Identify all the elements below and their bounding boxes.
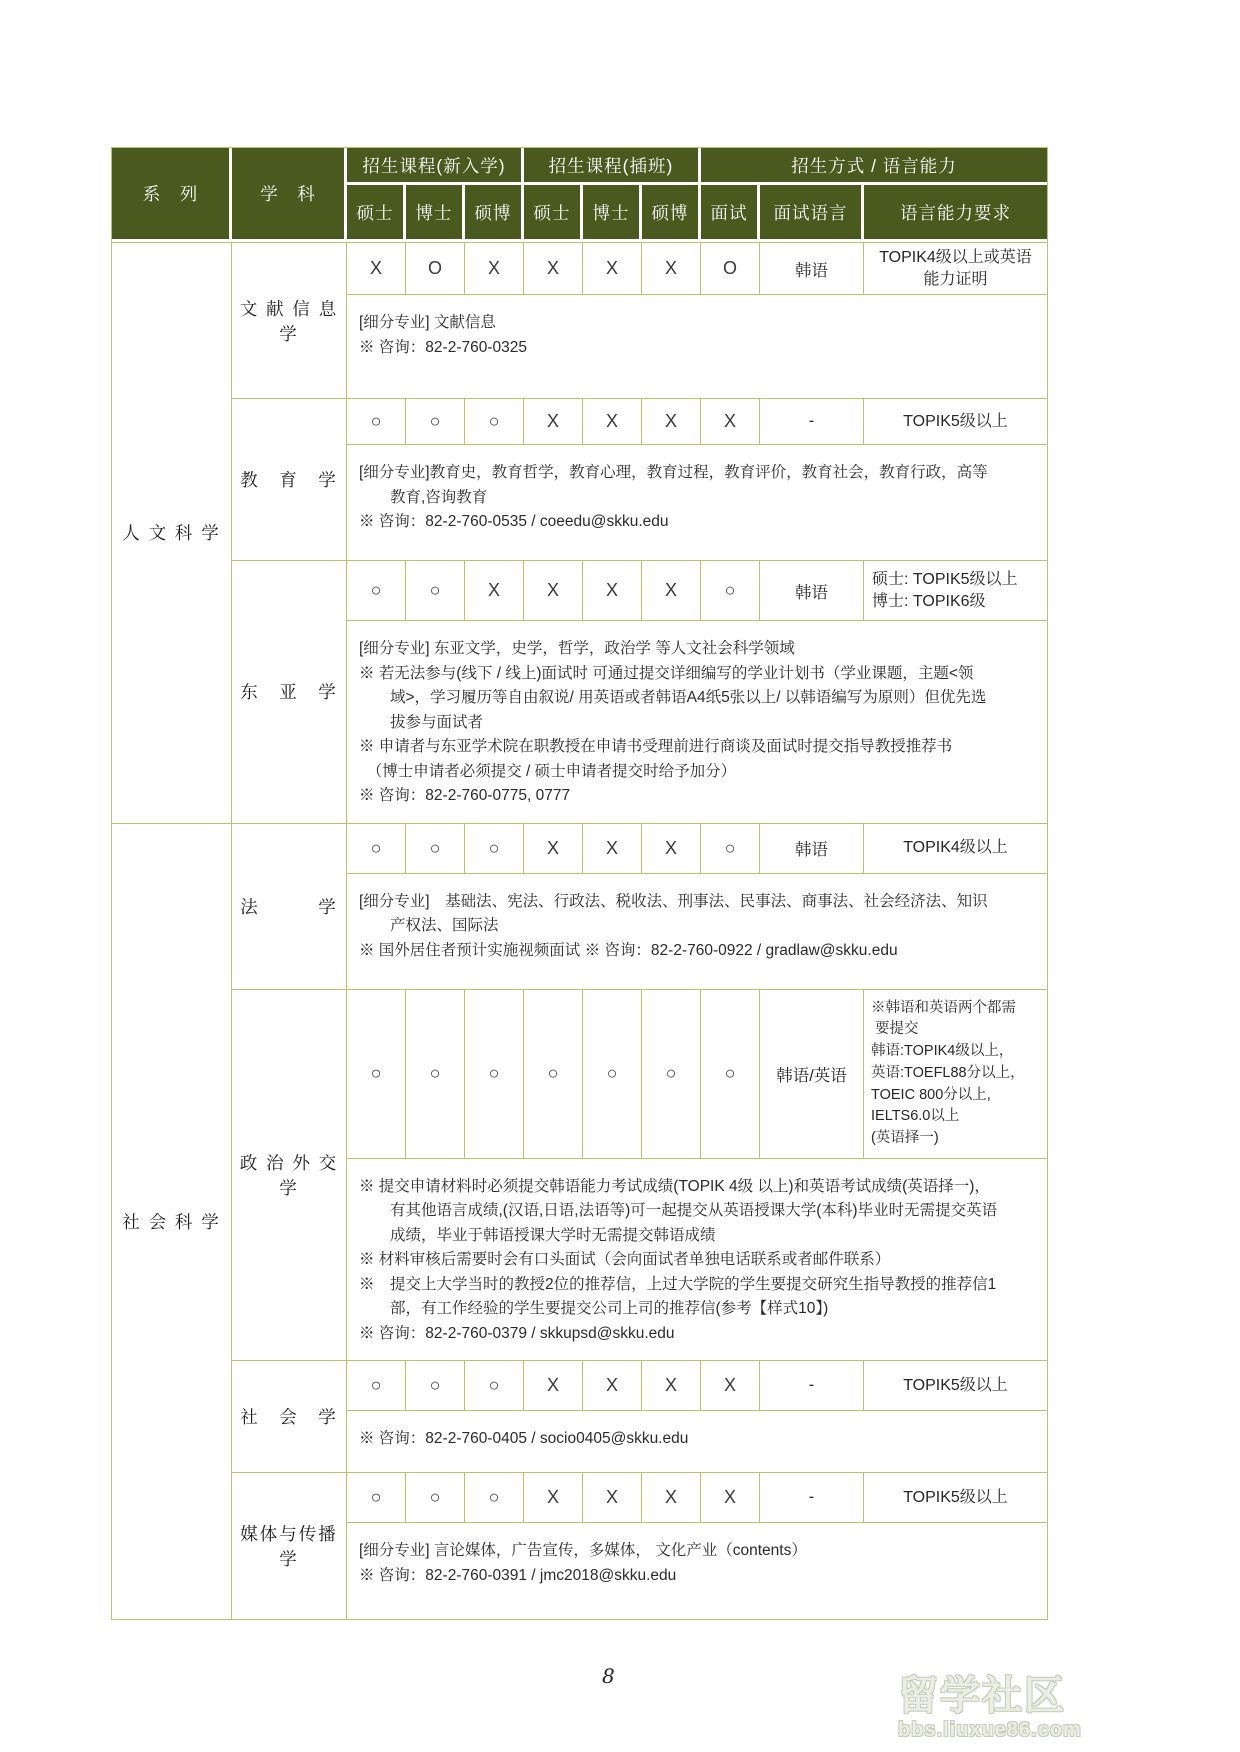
mark-cell: X (524, 399, 583, 445)
watermark: 留学社区 bbs.liuxue86.com (898, 1676, 1228, 1740)
header-sub-master: 硕士 (524, 185, 583, 242)
note-line: ※ 咨询：82-2-760-0325 (359, 336, 1037, 360)
subject-notes: [细分专业] 东亚文学，史学，哲学，政治学 等人文社会科学领域 ※ 若无法参与(… (347, 621, 1047, 823)
mark-cell: ○ (406, 990, 465, 1159)
note-line: ※ 国外居住者预计实施视频面试 ※ 咨询：82-2-760-0922 / gra… (359, 939, 1037, 963)
subject-notes: ※ 提交申请材料时必须提交韩语能力考试成绩(TOPIK 4级 以上)和英语考试成… (347, 1159, 1047, 1361)
header-sub-interview: 面试 (701, 185, 760, 242)
mark-cell: X (642, 399, 701, 445)
mark-cell: ○ (347, 561, 406, 621)
mark-cell: ○ (406, 399, 465, 445)
language-requirement-cell: TOPIK5级以上 (864, 399, 1047, 445)
subject-law: 法 学 (232, 824, 347, 990)
note-line: ※ 提交上大学当时的教授2位的推荐信，上过大学院的学生要提交研究生指导教授的推荐… (359, 1273, 1037, 1322)
mark-cell-interview: O (701, 242, 760, 295)
mark-cell: ○ (642, 990, 701, 1159)
note-line: [细分专业] 言论媒体，广告宣传，多媒体， 文化产业（contents） (359, 1539, 1037, 1563)
subject-notes: [细分专业] 文献信息 ※ 咨询：82-2-760-0325 (347, 295, 1047, 399)
language-requirement-cell: TOPIK4级以上 (864, 824, 1047, 874)
mark-cell-interview: X (701, 1361, 760, 1411)
mark-cell: X (583, 824, 642, 874)
note-line: ※ 咨询：82-2-760-0391 / jmc2018@skku.edu (359, 1564, 1037, 1588)
mark-cell-interview: ○ (701, 824, 760, 874)
mark-cell: ○ (347, 399, 406, 445)
header-group-new-entry: 招生课程(新入学) (347, 148, 524, 185)
interview-language-cell: - (760, 1473, 864, 1523)
mark-cell: X (583, 242, 642, 295)
note-line: [细分专业]教育史，教育哲学，教育心理，教育过程，教育评价，教育社会，教育行政，… (359, 461, 1037, 510)
mark-cell-interview: ○ (701, 990, 760, 1159)
mark-cell: X (524, 561, 583, 621)
header-sub-master-doctor: 硕博 (642, 185, 701, 242)
language-requirement-cell: TOPIK5级以上 (864, 1361, 1047, 1411)
mark-cell: X (524, 242, 583, 295)
note-line: ※ 咨询：82-2-760-0379 / skkupsd@skku.edu (359, 1322, 1037, 1346)
mark-cell: ○ (347, 824, 406, 874)
mark-cell: ○ (465, 990, 524, 1159)
interview-language-cell: 韩语 (760, 561, 864, 621)
header-sub-doctor: 博士 (406, 185, 465, 242)
subject-notes: ※ 咨询：82-2-760-0405 / socio0405@skku.edu (347, 1411, 1047, 1473)
mark-cell: X (642, 824, 701, 874)
header-sub-interview-language: 面试语言 (760, 185, 864, 242)
mark-cell-interview: X (701, 1473, 760, 1523)
language-requirement-cell: TOPIK5级以上 (864, 1473, 1047, 1523)
subject-education: 教 育 学 (232, 399, 347, 561)
mark-cell: ○ (347, 1473, 406, 1523)
subject-notes: [细分专业]教育史，教育哲学，教育心理，教育过程，教育评价，教育社会，教育行政，… (347, 445, 1047, 561)
mark-cell: X (465, 561, 524, 621)
mark-cell: X (583, 1473, 642, 1523)
mark-cell: X (524, 1473, 583, 1523)
mark-cell: ○ (524, 990, 583, 1159)
mark-cell: X (524, 824, 583, 874)
mark-cell: X (347, 242, 406, 295)
admission-table: 系 列 学 科 招生课程(新入学) 招生课程(插班) 招生方式 / 语言能力 硕… (111, 147, 1048, 1620)
header-group-transfer: 招生课程(插班) (524, 148, 701, 185)
header-sub-doctor: 博士 (583, 185, 642, 242)
mark-cell: ○ (465, 399, 524, 445)
interview-language-cell: - (760, 1361, 864, 1411)
language-requirement-cell: TOPIK4级以上或英语 能力证明 (864, 242, 1047, 295)
note-line: ※ 若无法参与(线下 / 线上)面试时 可通过提交详细编写的学业计划书（学业课题… (359, 662, 1037, 735)
subject-notes: [细分专业] 言论媒体，广告宣传，多媒体， 文化产业（contents） ※ 咨… (347, 1523, 1047, 1619)
subject-library-info: 文 献 信 息 学 (232, 242, 347, 399)
mark-cell: ○ (465, 1473, 524, 1523)
note-line: ※ 提交申请材料时必须提交韩语能力考试成绩(TOPIK 4级 以上)和英语考试成… (359, 1175, 1037, 1248)
subject-media-communication: 媒体与传播学 (232, 1473, 347, 1619)
interview-language-cell: 韩语/英语 (760, 990, 864, 1159)
series-humanities: 人 文 科 学 (112, 242, 232, 824)
header-sub-master-doctor: 硕博 (465, 185, 524, 242)
mark-cell: ○ (406, 1473, 465, 1523)
mark-cell: X (583, 1361, 642, 1411)
mark-cell: X (465, 242, 524, 295)
note-line: [细分专业] 文献信息 (359, 311, 1037, 335)
interview-language-cell: 韩语 (760, 824, 864, 874)
note-line: ※ 咨询：82-2-760-0775, 0777 (359, 784, 1037, 808)
mark-cell: ○ (406, 561, 465, 621)
mark-cell: O (406, 242, 465, 295)
mark-cell: ○ (465, 824, 524, 874)
mark-cell: X (642, 1473, 701, 1523)
mark-cell: ○ (465, 1361, 524, 1411)
page-number: 8 (602, 1664, 615, 1688)
mark-cell: ○ (347, 990, 406, 1159)
header-series: 系 列 (112, 148, 232, 242)
subject-political-diplomacy: 政 治 外 交 学 (232, 990, 347, 1362)
mark-cell: X (583, 561, 642, 621)
mark-cell: X (642, 242, 701, 295)
watermark-url-text: bbs.liuxue86.com (898, 1720, 1228, 1740)
mark-cell: X (583, 399, 642, 445)
header-sub-master: 硕士 (347, 185, 406, 242)
header-subject: 学 科 (232, 148, 347, 242)
mark-cell: X (642, 561, 701, 621)
mark-cell: ○ (406, 1361, 465, 1411)
mark-cell: ○ (347, 1361, 406, 1411)
note-line: ※ 材料审核后需要时会有口头面试（会向面试者单独电话联系或者邮件联系） (359, 1248, 1037, 1272)
series-social-science: 社 会 科 学 (112, 824, 232, 1620)
language-requirement-cell: ※韩语和英语两个都需 要提交 韩语:TOPIK4级以上， 英语:TOEFL88分… (864, 990, 1047, 1159)
language-requirement-cell: 硕士: TOPIK5级以上 博士: TOPIK6级 (864, 561, 1047, 621)
mark-cell-interview: X (701, 399, 760, 445)
note-line: ※ 申请者与东亚学术院在职教授在申请书受理前进行商谈及面试时提交指导教授推荐书 … (359, 735, 1037, 784)
subject-notes: [细分专业] 基础法、宪法、行政法、税收法、刑事法、民事法、商事法、社会经济法、… (347, 874, 1047, 990)
note-line: ※ 咨询：82-2-760-0535 / coeedu@skku.edu (359, 510, 1037, 534)
note-line: ※ 咨询：82-2-760-0405 / socio0405@skku.edu (359, 1427, 1037, 1451)
mark-cell: X (642, 1361, 701, 1411)
subject-east-asia: 东 亚 学 (232, 561, 347, 823)
header-sub-language-requirement: 语言能力要求 (864, 185, 1047, 242)
interview-language-cell: 韩语 (760, 242, 864, 295)
mark-cell: X (524, 1361, 583, 1411)
mark-cell: ○ (583, 990, 642, 1159)
header-group-method-language: 招生方式 / 语言能力 (701, 148, 1047, 185)
subject-sociology: 社 会 学 (232, 1361, 347, 1473)
document-page: 系 列 学 科 招生课程(新入学) 招生课程(插班) 招生方式 / 语言能力 硕… (0, 0, 1240, 1752)
watermark-logo-text: 留学社区 (898, 1676, 1228, 1716)
mark-cell-interview: ○ (701, 561, 760, 621)
note-line: [细分专业] 基础法、宪法、行政法、税收法、刑事法、民事法、商事法、社会经济法、… (359, 890, 1037, 939)
mark-cell: ○ (406, 824, 465, 874)
note-line: [细分专业] 东亚文学，史学，哲学，政治学 等人文社会科学领域 (359, 637, 1037, 661)
interview-language-cell: - (760, 399, 864, 445)
